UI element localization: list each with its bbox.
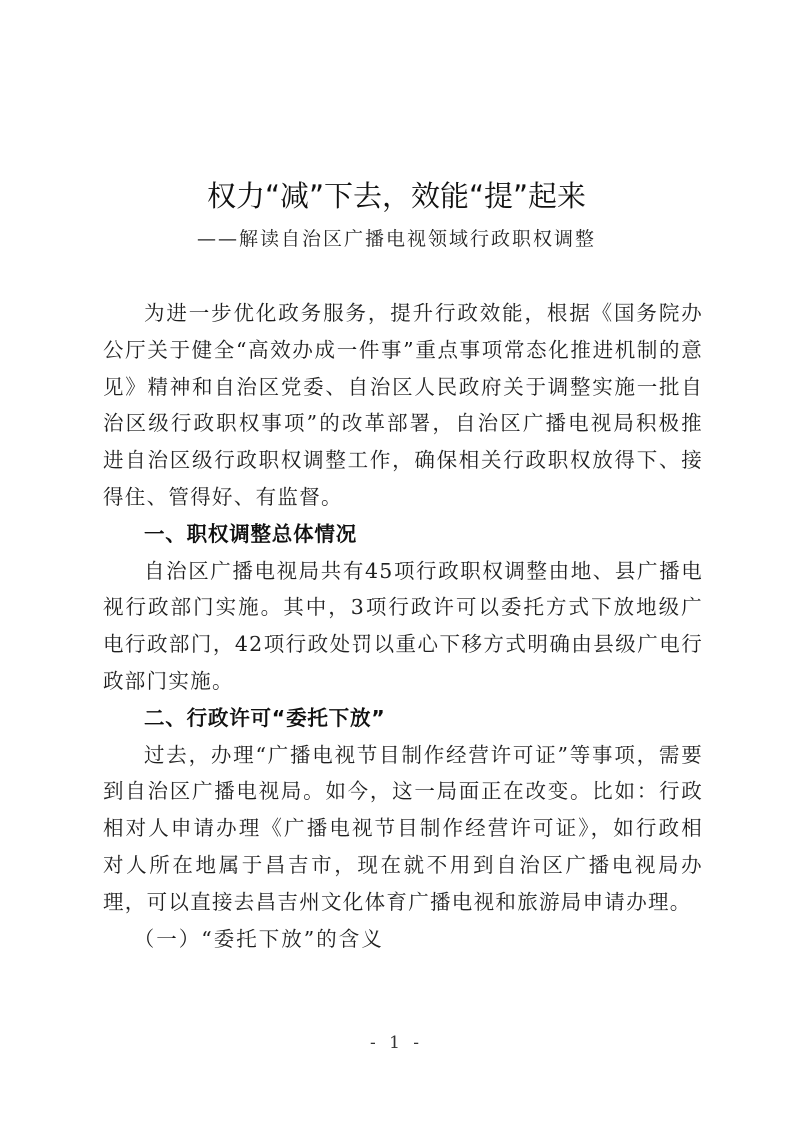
section-heading-1: 一、职权调整总体情况 <box>103 516 703 553</box>
subsection-heading-1: （一）“委托下放”的含义 <box>103 921 703 958</box>
document-body: 为进一步优化政务服务，提升行政效能，根据《国务院办公厅关于健全“高效办成一件事”… <box>103 295 703 957</box>
section-1-paragraph: 自治区广播电视局共有45项行政职权调整由地、县广播电视行政部门实施。其中，3项行… <box>103 553 703 700</box>
document-subtitle: ——解读自治区广播电视领域行政职权调整 <box>0 224 793 251</box>
section-heading-2: 二、行政许可“委托下放” <box>103 700 703 737</box>
section-2-paragraph: 过去，办理“广播电视节目制作经营许可证”等事项，需要到自治区广播电视局。如今，这… <box>103 737 703 921</box>
document-title: 权力“减”下去，效能“提”起来 <box>0 174 793 215</box>
document-page: 权力“减”下去，效能“提”起来 ——解读自治区广播电视领域行政职权调整 为进一步… <box>0 0 793 1122</box>
page-number: - 1 - <box>0 1033 793 1053</box>
intro-paragraph: 为进一步优化政务服务，提升行政效能，根据《国务院办公厅关于健全“高效办成一件事”… <box>103 295 703 516</box>
